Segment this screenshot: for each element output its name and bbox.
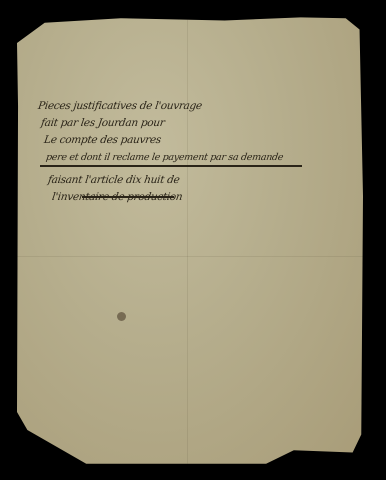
fold-crease — [187, 16, 188, 466]
text-line: l'inventaire de production — [51, 189, 349, 206]
text-line: fait par les Jourdan pour — [40, 115, 349, 132]
fold-crease — [17, 256, 363, 257]
text-line: faisant l'article dix huit de — [47, 172, 349, 189]
text-line: Le compte des pauvres — [43, 132, 349, 149]
underline — [82, 196, 174, 198]
text-line: pere et dont il reclame le payement par … — [45, 149, 349, 166]
ink-stain — [117, 312, 126, 321]
manuscript-page — [17, 16, 363, 466]
text-line: Pieces justificatives de l'ouvrage — [37, 98, 349, 115]
underline — [40, 165, 302, 167]
handwritten-text: Pieces justificatives de l'ouvrage fait … — [38, 98, 348, 206]
